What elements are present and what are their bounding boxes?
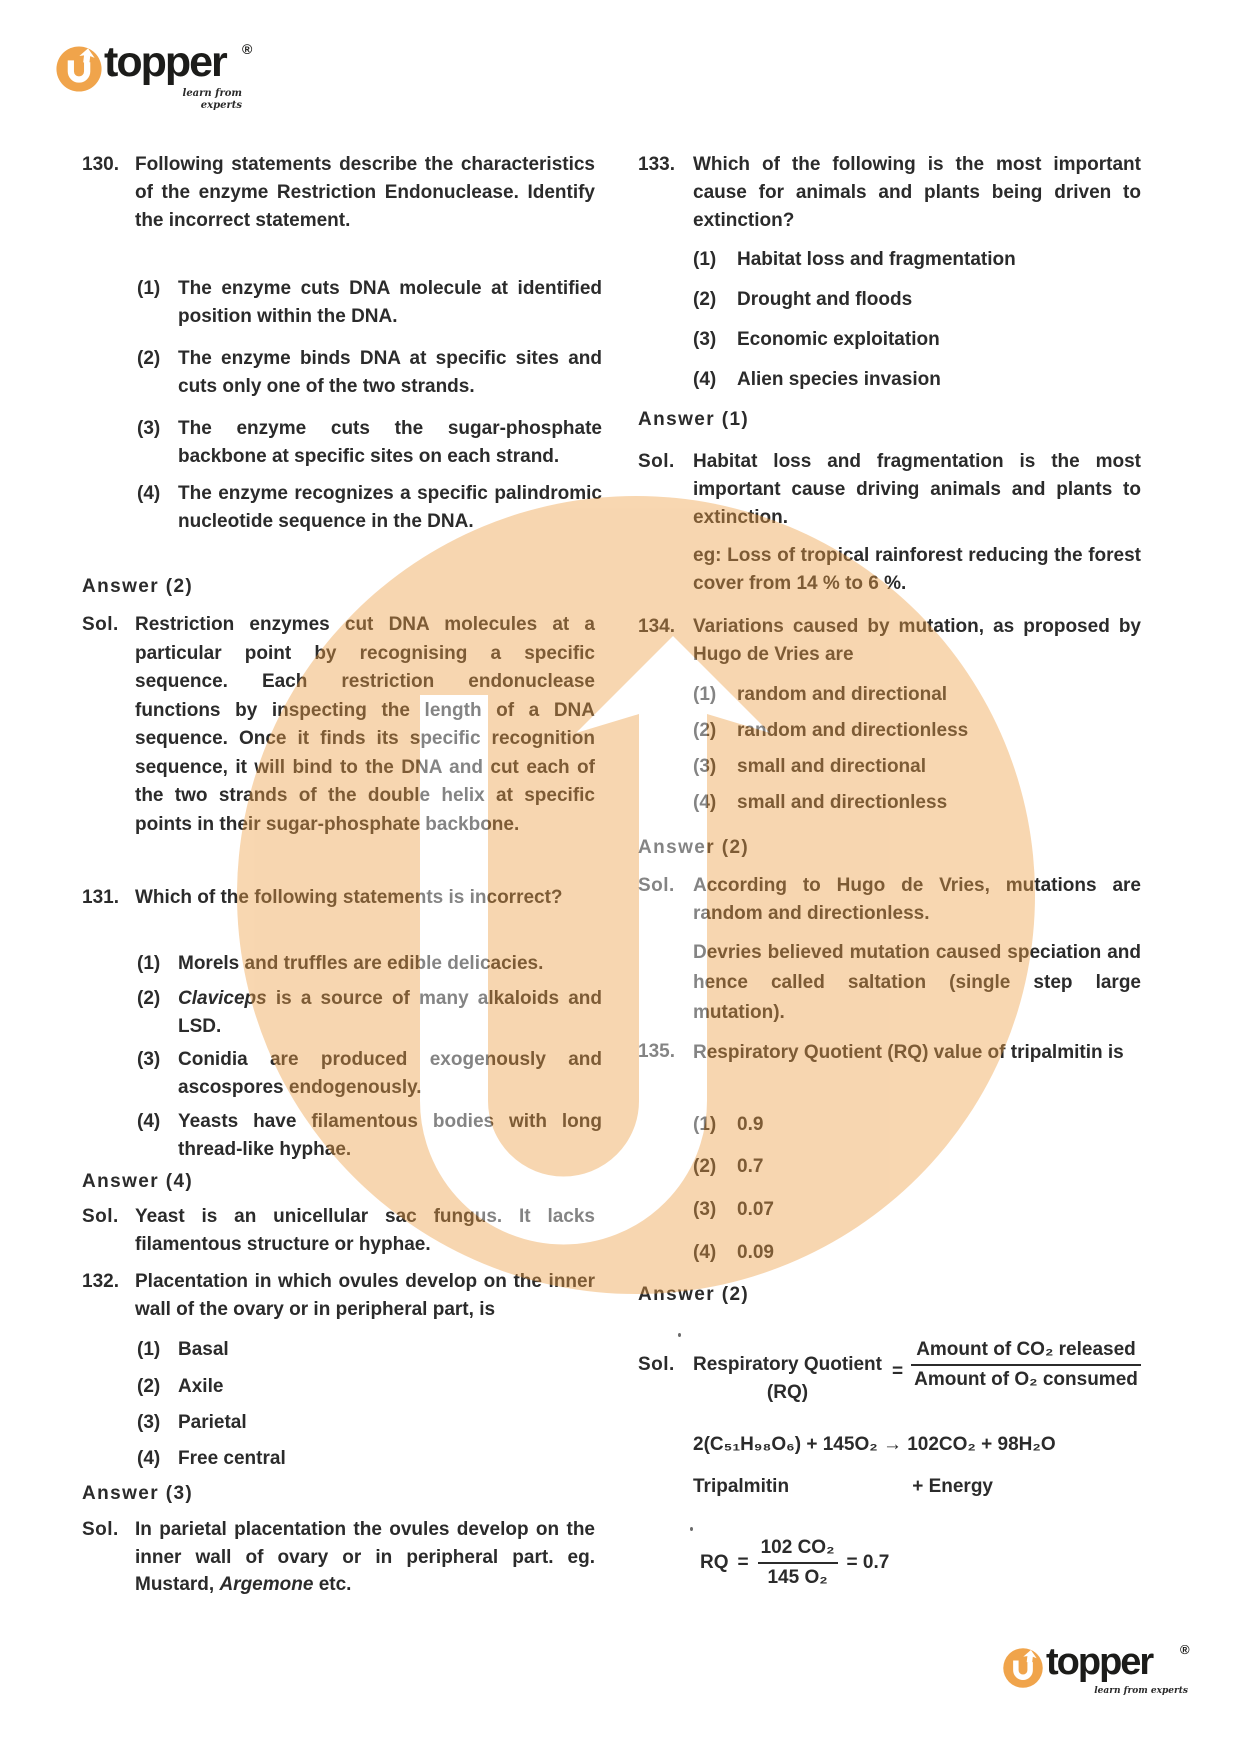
fraction-numerator: 102 CO₂ xyxy=(758,1534,838,1564)
option-133-4: (4) Alien species invasion xyxy=(693,366,1137,394)
option-text: Yeasts have filamentous bodies with long… xyxy=(178,1108,602,1164)
solution-text: Habitat loss and fragmentation is the mo… xyxy=(693,448,1141,532)
option-130-2: (2) The enzyme binds DNA at specific sit… xyxy=(137,345,602,401)
option-label: (1) xyxy=(693,1111,737,1139)
option-label: (3) xyxy=(693,1196,737,1224)
question-text: Respiratory Quotient (RQ) value of tripa… xyxy=(693,1038,1153,1068)
fraction-denominator: Amount of O₂ consumed xyxy=(911,1366,1141,1394)
option-133-1: (1) Habitat loss and fragmentation xyxy=(693,246,1137,274)
option-text: 0.07 xyxy=(737,1196,1137,1224)
solution-131: Sol. Yeast is an unicellular sac fungus.… xyxy=(82,1203,595,1259)
option-133-3: (3) Economic exploitation xyxy=(693,326,1137,354)
solution-text-pre: In parietal placentation the ovules deve… xyxy=(135,1519,595,1595)
rq-result-value: = 0.7 xyxy=(847,1549,890,1577)
option-label: (2) xyxy=(693,286,737,314)
solution-label: Sol. xyxy=(638,448,693,476)
rq-result-fraction: 102 CO₂ 145 O₂ xyxy=(758,1534,838,1592)
equals-sign: = xyxy=(892,1358,903,1386)
option-text: small and directional xyxy=(737,753,1137,781)
reaction-label-left: Tripalmitin xyxy=(693,1473,789,1501)
solution-130: Sol. Restriction enzymes cut DNA molecul… xyxy=(82,611,595,839)
option-label: (4) xyxy=(693,366,737,394)
option-label: (4) xyxy=(137,480,178,508)
option-134-2: (2) random and directionless xyxy=(693,717,1137,745)
question-130: 130. Following statements describe the c… xyxy=(82,151,595,235)
question-number: 135. xyxy=(638,1038,693,1066)
option-135-2: (2) 0.7 xyxy=(693,1153,1137,1181)
option-text: Parietal xyxy=(178,1409,602,1437)
option-132-3: (3) Parietal xyxy=(137,1409,602,1437)
option-label: (3) xyxy=(137,1046,178,1074)
option-132-2: (2) Axile xyxy=(137,1373,602,1401)
option-text: Conidia are produced exogenously and asc… xyxy=(178,1046,602,1102)
option-label: (2) xyxy=(693,717,737,745)
option-label: (4) xyxy=(693,789,737,817)
utopper-logo-icon xyxy=(1002,1647,1044,1698)
option-text: random and directionless xyxy=(737,717,1137,745)
rq-result-formula: RQ = 102 CO₂ 145 O₂ = 0.7 xyxy=(700,1534,889,1592)
option-135-3: (3) 0.07 xyxy=(693,1196,1137,1224)
option-text: Claviceps is a source of many alkaloids … xyxy=(178,985,602,1041)
solution-133-example: eg: Loss of tropical rainforest reducing… xyxy=(693,542,1141,598)
option-132-4: (4) Free central xyxy=(137,1445,602,1473)
option-134-4: (4) small and directionless xyxy=(693,789,1137,817)
option-text: Basal xyxy=(178,1336,602,1364)
option-text: The enzyme recognizes a specific palindr… xyxy=(178,480,602,536)
brand-tagline: learn from experts xyxy=(138,88,242,112)
question-131: 131. Which of the following statements i… xyxy=(82,884,595,912)
solution-text: Restriction enzymes cut DNA molecules at… xyxy=(135,611,595,839)
solution-text-post: etc. xyxy=(313,1574,351,1595)
option-label: (2) xyxy=(137,1373,178,1401)
question-134: 134. Variations caused by mutation, as p… xyxy=(638,613,1141,669)
print-speck xyxy=(678,1333,681,1337)
option-130-3: (3) The enzyme cuts the sugar-phosphate … xyxy=(137,415,602,471)
solution-132: Sol. In parietal placentation the ovules… xyxy=(82,1516,595,1599)
utopper-wordmark: topper xyxy=(1046,1638,1152,1686)
option-text: Morels and truffles are edible delicacie… xyxy=(178,950,602,978)
option-134-3: (3) small and directional xyxy=(693,753,1137,781)
print-speck xyxy=(690,1527,693,1531)
page: topper ® learn from experts 130. Followi… xyxy=(0,0,1241,1754)
option-label: (1) xyxy=(693,681,737,709)
fraction-denominator: 145 O₂ xyxy=(758,1564,838,1592)
option-135-4: (4) 0.09 xyxy=(693,1239,1137,1267)
question-number: 130. xyxy=(82,151,135,179)
question-number: 131. xyxy=(82,884,135,912)
option-label: (3) xyxy=(693,326,737,354)
option-133-2: (2) Drought and floods xyxy=(693,286,1137,314)
italic-term: Claviceps xyxy=(178,988,267,1009)
option-132-1: (1) Basal xyxy=(137,1336,602,1364)
option-130-4: (4) The enzyme recognizes a specific pal… xyxy=(137,480,602,536)
option-131-2: (2) Claviceps is a source of many alkalo… xyxy=(137,985,602,1041)
answer-131: Answer (4) xyxy=(82,1168,193,1196)
question-number: 134. xyxy=(638,613,693,641)
option-label: (4) xyxy=(137,1108,178,1136)
option-label: (3) xyxy=(137,415,178,443)
option-label: (3) xyxy=(693,753,737,781)
option-text: Axile xyxy=(178,1373,602,1401)
question-135: 135. Respiratory Quotient (RQ) value of … xyxy=(638,1038,1153,1068)
option-label: (1) xyxy=(693,246,737,274)
solution-133: Sol. Habitat loss and fragmentation is t… xyxy=(638,448,1141,532)
option-label: (1) xyxy=(137,950,178,978)
solution-label: Sol. xyxy=(82,611,135,639)
question-text: Variations caused by mutation, as propos… xyxy=(693,613,1141,669)
option-label: (2) xyxy=(137,985,178,1013)
option-text: Free central xyxy=(178,1445,602,1473)
option-text: 0.7 xyxy=(737,1153,1137,1181)
question-132: 132. Placentation in which ovules develo… xyxy=(82,1268,595,1324)
rq-symbol: RQ xyxy=(700,1549,729,1577)
registered-mark: ® xyxy=(1180,1643,1190,1656)
equals-sign: = xyxy=(738,1549,749,1577)
rq-fraction: Amount of CO₂ released Amount of O₂ cons… xyxy=(911,1336,1141,1394)
question-text: Placentation in which ovules develop on … xyxy=(135,1268,595,1324)
tripalmitin-reaction-equation: 2(C₅₁H₉₈O₆) + 145O₂ → 102CO₂ + 98H₂O xyxy=(693,1431,1056,1459)
utopper-wordmark: topper xyxy=(104,36,226,88)
rq-lhs-bottom: (RQ) xyxy=(767,1379,808,1407)
answer-130: Answer (2) xyxy=(82,573,193,601)
option-131-4: (4) Yeasts have filamentous bodies with … xyxy=(137,1108,602,1164)
option-131-1: (1) Morels and truffles are edible delic… xyxy=(137,950,602,978)
answer-135: Answer (2) xyxy=(638,1281,749,1309)
option-130-1: (1) The enzyme cuts DNA molecule at iden… xyxy=(137,275,602,331)
option-text: Alien species invasion xyxy=(737,366,1137,394)
option-text: random and directional xyxy=(737,681,1137,709)
option-text: 0.9 xyxy=(737,1111,1137,1139)
option-text: The enzyme binds DNA at specific sites a… xyxy=(178,345,602,401)
registered-mark: ® xyxy=(242,42,252,56)
utopper-logo-icon xyxy=(55,45,103,102)
solution-text: Yeast is an unicellular sac fungus. It l… xyxy=(135,1203,595,1259)
option-text: small and directionless xyxy=(737,789,1137,817)
rq-lhs: Respiratory Quotient (RQ) xyxy=(693,1351,882,1407)
option-text: 0.09 xyxy=(737,1239,1137,1267)
option-135-1: (1) 0.9 xyxy=(693,1111,1137,1139)
option-text: The enzyme cuts DNA molecule at identifi… xyxy=(178,275,602,331)
option-label: (2) xyxy=(137,345,178,373)
solution-text: In parietal placentation the ovules deve… xyxy=(135,1516,595,1599)
question-text: Which of the following is the most impor… xyxy=(693,151,1141,235)
rq-definition-formula: Sol. Respiratory Quotient (RQ) = Amount … xyxy=(638,1336,1141,1407)
question-text: Following statements describe the charac… xyxy=(135,151,595,235)
question-number: 133. xyxy=(638,151,693,179)
option-label: (4) xyxy=(137,1445,178,1473)
italic-term: Argemone xyxy=(219,1574,313,1595)
option-131-3: (3) Conidia are produced exogenously and… xyxy=(137,1046,602,1102)
brand-tagline: learn from experts xyxy=(1092,1685,1188,1697)
answer-132: Answer (3) xyxy=(82,1480,193,1508)
solution-label: Sol. xyxy=(638,872,693,900)
solution-label: Sol. xyxy=(82,1516,135,1544)
option-text: The enzyme cuts the sugar-phosphate back… xyxy=(178,415,602,471)
option-134-1: (1) random and directional xyxy=(693,681,1137,709)
reaction-label-right: + Energy xyxy=(912,1473,993,1501)
option-text: Habitat loss and fragmentation xyxy=(737,246,1137,274)
solution-134: Sol. According to Hugo de Vries, mutatio… xyxy=(638,872,1141,928)
solution-134-paragraph-2: Devries believed mutation caused speciat… xyxy=(693,938,1141,1028)
fraction-numerator: Amount of CO₂ released xyxy=(911,1336,1141,1366)
solution-label: Sol. xyxy=(638,1351,693,1379)
answer-134: Answer (2) xyxy=(638,834,749,862)
option-label: (2) xyxy=(693,1153,737,1181)
question-text: Which of the following statements is inc… xyxy=(135,884,595,912)
solution-text: According to Hugo de Vries, mutations ar… xyxy=(693,872,1141,928)
answer-133: Answer (1) xyxy=(638,406,749,434)
question-number: 132. xyxy=(82,1268,135,1296)
option-label: (1) xyxy=(137,1336,178,1364)
option-label: (1) xyxy=(137,275,178,303)
rq-lhs-top: Respiratory Quotient xyxy=(693,1351,882,1379)
question-133: 133. Which of the following is the most … xyxy=(638,151,1141,235)
solution-label: Sol. xyxy=(82,1203,135,1231)
reaction-labels: Tripalmitin + Energy xyxy=(693,1473,993,1501)
option-text: Economic exploitation xyxy=(737,326,1137,354)
option-text: Drought and floods xyxy=(737,286,1137,314)
option-label: (4) xyxy=(693,1239,737,1267)
option-label: (3) xyxy=(137,1409,178,1437)
